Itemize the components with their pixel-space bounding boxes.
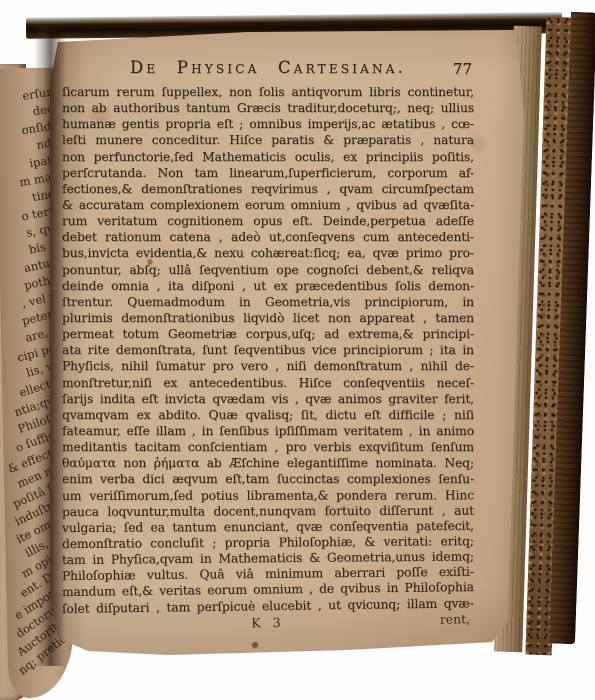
text-line: qvamqvam ex abdito. Quæ qvalisq; ſit, di…: [62, 407, 474, 423]
text-line: leſti munere conceditur. Hiſce paratis &…: [62, 132, 474, 148]
text-line: non ab authoribus tantum Græcis traditur…: [62, 100, 474, 116]
text-line: non perfunctorie,ſed Mathematicis oculis…: [62, 149, 474, 165]
book-page: De Physica Cartesiana. 77 ſicarum rerum …: [48, 24, 530, 664]
running-title: De Physica Cartesiana.: [130, 58, 406, 77]
text-line: θαύματα non ῥήματα ab Æſchine elegantiſſ…: [62, 455, 474, 471]
antique-book-photo: erſumdeo,onſidendeipatem magtineto terms…: [0, 0, 595, 700]
text-line: plurimis demonſtrationibus liqvidò licet…: [62, 310, 474, 326]
text-line: enim verba dici æqvum eſt,tam ſuccinctas…: [62, 471, 474, 487]
text-line: pauca loqvuntur,multa docent,nunqvam for…: [62, 502, 474, 520]
page-text: ſicarum rerum ſuppellex, non ſolis antiq…: [62, 84, 474, 617]
catchword: rent,: [440, 612, 470, 626]
text-line: deinde omnia , ita diſponi , ut ex præce…: [62, 278, 474, 294]
text-line: humanæ gentis propria eſt ; omnibus impe…: [62, 116, 474, 132]
text-line: ata rite demonſtrata, ſunt ſeqventibus v…: [62, 342, 474, 358]
text-line: ſicarum rerum ſuppellex, non ſolis antiq…: [62, 84, 474, 100]
page-header: De Physica Cartesiana. 77: [62, 58, 474, 82]
text-line: Phyſicis, nihil ſumatur pro vero , niſi …: [62, 358, 474, 374]
text-line: ſtrentur. Quemadmodum in Geometria,vis p…: [62, 294, 474, 310]
text-line: um veriſſimorum,ſed potius libramenta,& …: [62, 487, 474, 504]
text-line: ſarijs indita eſt invicta qvædam vis , q…: [62, 391, 474, 407]
text-line: perſcrutanda. Non tam linearum,ſuperfici…: [62, 165, 474, 181]
text-line: monſtretur,niſi ex antecedentibus. Hiſce…: [62, 375, 474, 391]
text-line: & accuratam complexionem eorum omnium , …: [62, 197, 474, 213]
text-line: ponuntur, abſq; ullâ ſeqventium ope cogn…: [62, 262, 474, 278]
text-line: fectiones,& demonſtrationes reqvirimus ,…: [62, 181, 474, 197]
text-line: permeat totum Geometriæ corpus,uſq; ad e…: [62, 326, 474, 342]
text-line: meditantis tacitam conſcientiam , pro ve…: [62, 439, 474, 455]
page-content: De Physica Cartesiana. 77 ſicarum rerum …: [62, 58, 474, 636]
text-line: rum veritatum cognitionem opus eſt. Dein…: [62, 213, 474, 229]
text-line: bus,invicta evidentia,& nexu cohæreat:ſi…: [62, 245, 474, 261]
page-number: 77: [453, 60, 472, 78]
text-line: debet rationum catena , adeò ut,conſeqve…: [62, 229, 474, 245]
text-line: fateamur, eſſe illam , in ſenſibus ipſiſ…: [62, 423, 474, 439]
